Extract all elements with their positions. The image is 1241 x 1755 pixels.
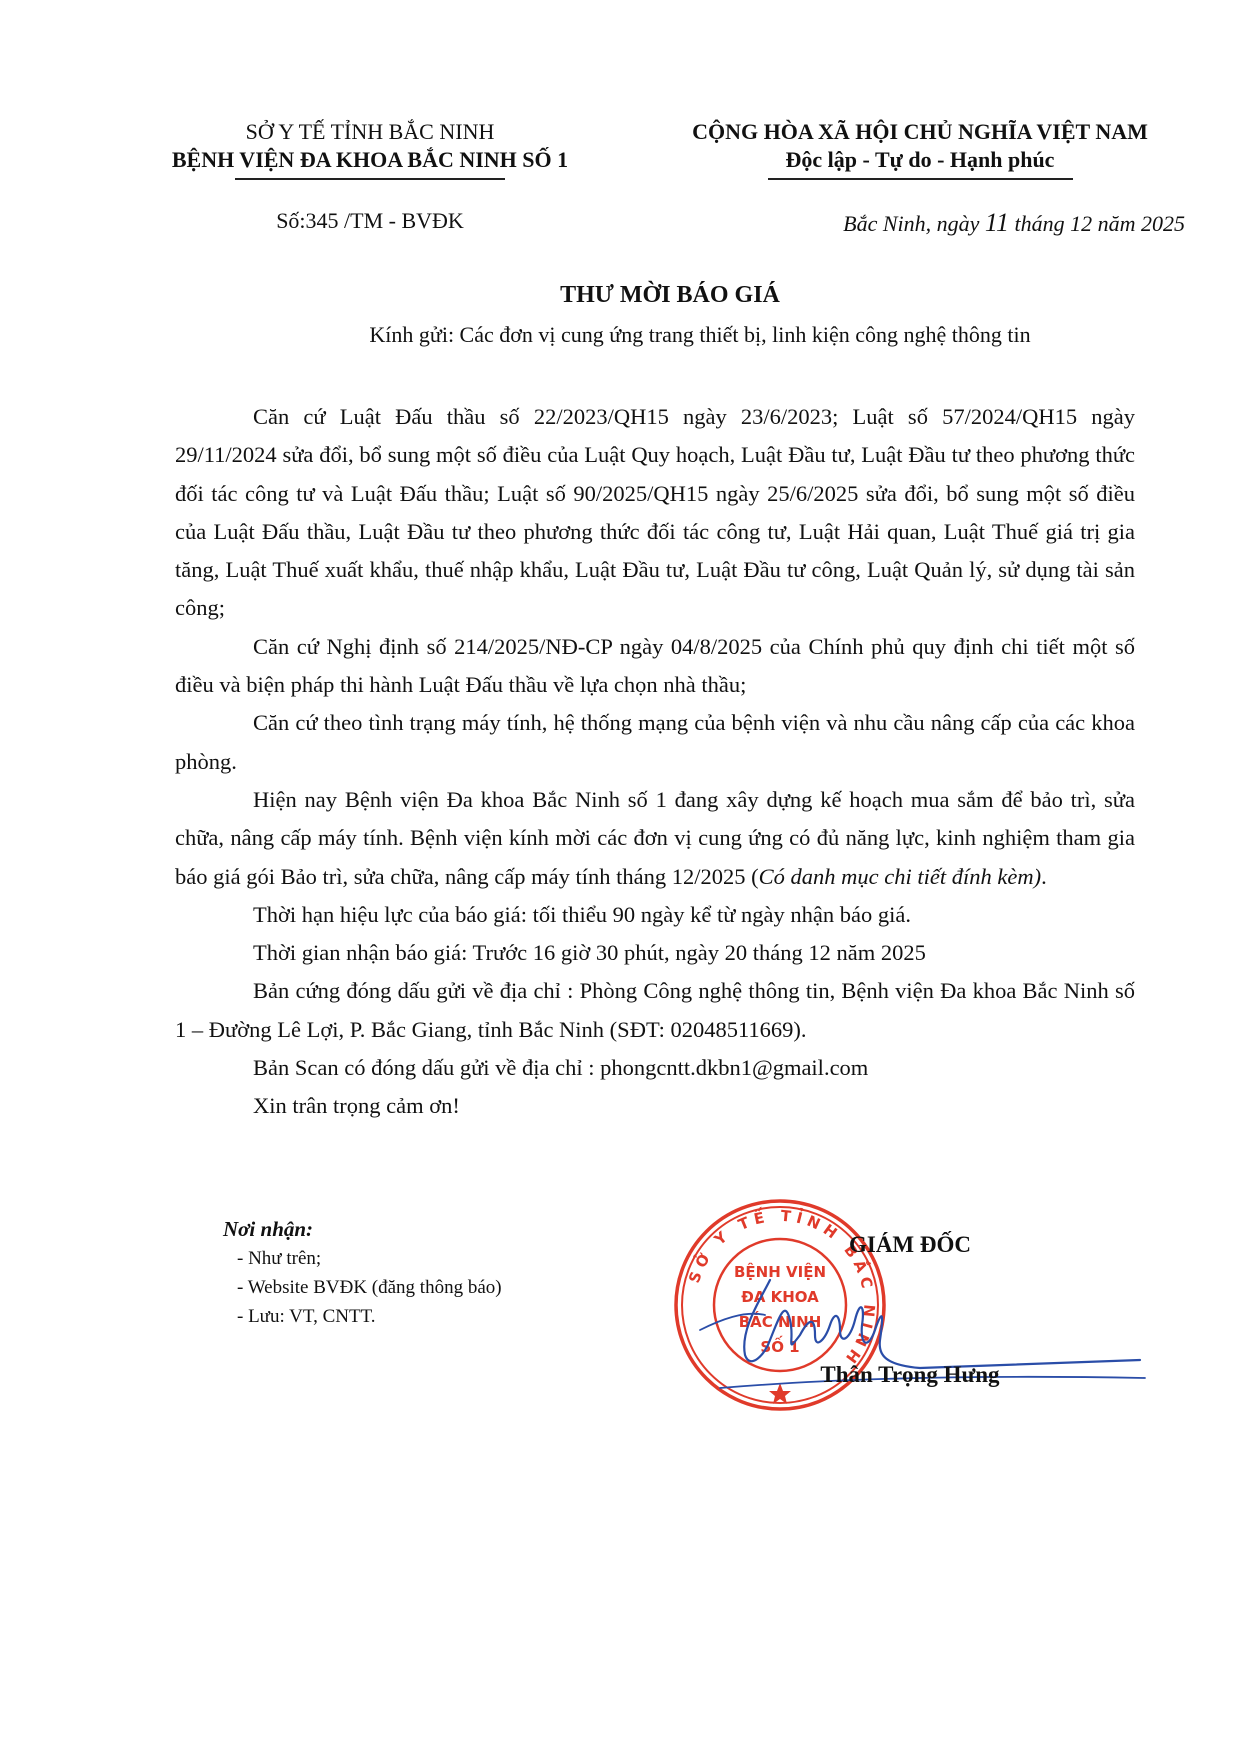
- national-motto: Độc lập - Tự do - Hạnh phúc: [640, 146, 1200, 174]
- date-line: Bắc Ninh, ngày 11 tháng 12 năm 2025: [640, 208, 1185, 238]
- recipients-heading: Nơi nhận:: [223, 1215, 645, 1244]
- letter-body: Căn cứ Luật Đấu thầu số 22/2023/QH15 ngà…: [175, 398, 1135, 1126]
- header-left: SỞ Y TẾ TỈNH BẮC NINH BỆNH VIỆN ĐA KHOA …: [110, 118, 630, 180]
- date-suffix: tháng 12 năm 2025: [1009, 211, 1185, 236]
- paragraph-thanks: Xin trân trọng cảm ơn!: [175, 1087, 1135, 1125]
- paragraph-validity: Thời hạn hiệu lực của báo giá: tối thiểu…: [175, 896, 1135, 934]
- document-title: THƯ MỜI BÁO GIÁ: [0, 282, 1241, 309]
- paragraph-deadline: Thời gian nhận báo giá: Trước 16 giờ 30 …: [175, 934, 1135, 972]
- recipient-item: - Website BVĐK (đăng thông báo): [225, 1273, 645, 1302]
- paragraph-hardcopy-address: Bản cứng đóng dấu gửi về địa chỉ : Phòng…: [175, 972, 1135, 1049]
- department-name: SỞ Y TẾ TỈNH BẮC NINH: [110, 118, 630, 146]
- country-name: CỘNG HÒA XÃ HỘI CHỦ NGHĨA VIỆT NAM: [640, 118, 1200, 146]
- recipients-block: Nơi nhận: - Như trên; - Website BVĐK (đă…: [225, 1215, 645, 1331]
- signer-position: GIÁM ĐỐC: [820, 1232, 1000, 1258]
- header-left-divider: [235, 178, 505, 180]
- addressee-line: Kính gửi: Các đơn vị cung ứng trang thiế…: [250, 322, 1150, 348]
- paragraph-invitation: Hiện nay Bệnh viện Đa khoa Bắc Ninh số 1…: [175, 781, 1135, 896]
- document-number: Số:345 /TM - BVĐK: [110, 208, 630, 234]
- recipient-item: - Như trên;: [225, 1244, 645, 1273]
- recipient-item: - Lưu: VT, CNTT.: [225, 1302, 645, 1331]
- date-prefix: Bắc Ninh, ngày: [843, 211, 985, 236]
- header-right-divider: [768, 178, 1073, 180]
- paragraph-legal-basis-laws: Căn cứ Luật Đấu thầu số 22/2023/QH15 ngà…: [175, 398, 1135, 628]
- header-right: CỘNG HÒA XÃ HỘI CHỦ NGHĨA VIỆT NAM Độc l…: [640, 118, 1200, 180]
- paragraph-basis-status: Căn cứ theo tình trạng máy tính, hệ thốn…: [175, 704, 1135, 781]
- date-day: 11: [985, 208, 1009, 237]
- organization-name: BỆNH VIỆN ĐA KHOA BẮC NINH SỐ 1: [110, 146, 630, 174]
- signer-name: Thân Trọng Hưng: [790, 1362, 1030, 1388]
- paragraph-legal-basis-decree: Căn cứ Nghị định số 214/2025/NĐ-CP ngày …: [175, 628, 1135, 705]
- attachment-note: Có danh mục chi tiết đính kèm): [759, 864, 1041, 889]
- invitation-end: .: [1041, 864, 1047, 889]
- paragraph-scan-email: Bản Scan có đóng dấu gửi về địa chỉ : ph…: [175, 1049, 1135, 1087]
